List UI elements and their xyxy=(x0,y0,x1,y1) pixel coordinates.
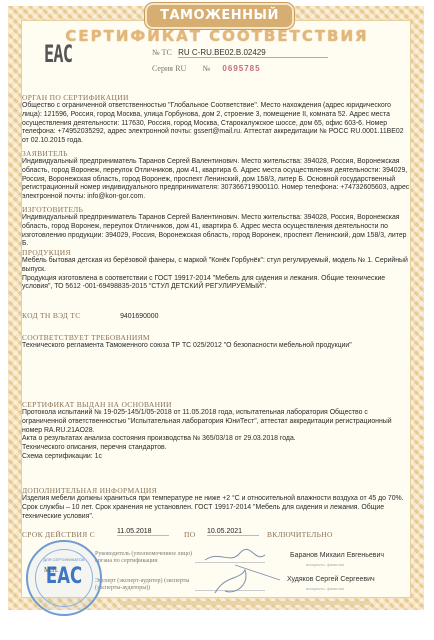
section-issued-basis: СЕРТИФИКАТ ВЫДАН НА ОСНОВАНИИ Протокола … xyxy=(22,400,410,462)
section-text: Продукция изготовлена в соответствии с Г… xyxy=(22,275,410,293)
validity-row: СРОК ДЕЙСТВИЯ С 11.05.2018 ПО 10.05.2021… xyxy=(22,530,410,539)
validity-from-label: СРОК ДЕЙСТВИЯ С xyxy=(22,530,95,539)
section-text: Общество с ограниченной ответственностью… xyxy=(22,102,410,146)
head-name-sub: инициалы, фамилия xyxy=(306,562,344,567)
section-tn-ved-code: КОД ТН ВЭД ТС 9401690000 xyxy=(22,311,158,320)
validity-to-date: 10.05.2021 xyxy=(207,528,259,536)
section-text: Акта о результатах анализа состояния про… xyxy=(22,435,410,444)
section-product: ПРОДУКЦИЯ Мебель бытовая детская из берё… xyxy=(22,248,410,292)
section-heading: ЗАЯВИТЕЛЬ xyxy=(22,149,410,158)
section-certification-body: ОРГАН ПО СЕРТИФИКАЦИИ Общество с огранич… xyxy=(22,93,410,146)
section-text: Мебель бытовая детская из берёзовой фане… xyxy=(22,257,410,275)
section-requirements: СООТВЕТСТВУЕТ ТРЕБОВАНИЯМ Технического р… xyxy=(22,333,410,351)
section-text: Изделия мебели должны храниться при темп… xyxy=(22,495,410,521)
footer-microtext xyxy=(120,601,370,605)
certificate-series-row: Серия RU № 0695785 xyxy=(152,64,261,73)
validity-from-date: 11.05.2018 xyxy=(117,528,169,536)
certificate-number-label: № ТС xyxy=(152,48,172,57)
series-label: Серия xyxy=(152,64,173,73)
certification-stamp: ДЛЯ СЕРТИФИКАТОВ ЕАС xyxy=(26,540,102,616)
expert-signature-label: Эксперт (эксперт-аудитор) (эксперты (экс… xyxy=(95,578,195,592)
validity-inclusive-label: ВКЛЮЧИТЕЛЬНО xyxy=(267,530,333,539)
section-text: Индивидуальный предприниматель Таранов С… xyxy=(22,158,410,202)
section-text: Протокола испытаний № 19-025-145/1/05-20… xyxy=(22,409,410,435)
signature-scribble-icon xyxy=(195,545,285,600)
section-heading: СЕРТИФИКАТ ВЫДАН НА ОСНОВАНИИ xyxy=(22,400,410,409)
section-heading: СООТВЕТСТВУЕТ ТРЕБОВАНИЯМ xyxy=(22,333,410,342)
series-value: RU xyxy=(175,64,186,73)
section-applicant: ЗАЯВИТЕЛЬ Индивидуальный предприниматель… xyxy=(22,149,410,202)
expert-name: Худяков Сергей Сергеевич xyxy=(287,576,375,583)
section-heading: ПРОДУКЦИЯ xyxy=(22,248,410,257)
serial-label: № xyxy=(203,64,211,73)
section-text: Технического регламента Таможенного союз… xyxy=(22,342,410,351)
section-text: Индивидуальный предприниматель Таранов С… xyxy=(22,214,410,249)
section-additional-info: ДОПОЛНИТЕЛЬНАЯ ИНФОРМАЦИЯ Изделия мебели… xyxy=(22,486,410,521)
customs-union-banner: ТАМОЖЕННЫЙ СОЮЗ xyxy=(145,3,294,29)
certificate-number-row: № ТС RU C-RU.BE02.B.02429 xyxy=(152,48,328,58)
section-text: Технического описания, перечня стандарто… xyxy=(22,444,410,453)
tn-ved-code: 9401690000 xyxy=(120,313,158,320)
section-heading: ИЗГОТОВИТЕЛЬ xyxy=(22,205,410,214)
certificate-number: RU C-RU.BE02.B.02429 xyxy=(178,48,328,58)
section-manufacturer: ИЗГОТОВИТЕЛЬ Индивидуальный предпринимат… xyxy=(22,205,410,249)
validity-to-label: ПО xyxy=(184,530,195,539)
serial-number: 0695785 xyxy=(222,64,260,73)
head-signature-label: Руководитель (уполномоченное лицо) орган… xyxy=(95,551,195,565)
section-heading: ДОПОЛНИТЕЛЬНАЯ ИНФОРМАЦИЯ xyxy=(22,486,410,495)
expert-name-sub: инициалы, фамилия xyxy=(306,586,344,591)
stamp-text: ДЛЯ СЕРТИФИКАТОВ xyxy=(28,557,100,562)
seal-place-label: М.П. xyxy=(44,566,59,574)
eac-logo-icon: ЕАС xyxy=(44,40,72,68)
section-heading: ОРГАН ПО СЕРТИФИКАЦИИ xyxy=(22,93,410,102)
section-heading: КОД ТН ВЭД ТС xyxy=(22,311,118,320)
head-name: Баранов Михаил Евгеньевич xyxy=(290,552,384,559)
section-text: Схема сертификации: 1с xyxy=(22,453,410,462)
